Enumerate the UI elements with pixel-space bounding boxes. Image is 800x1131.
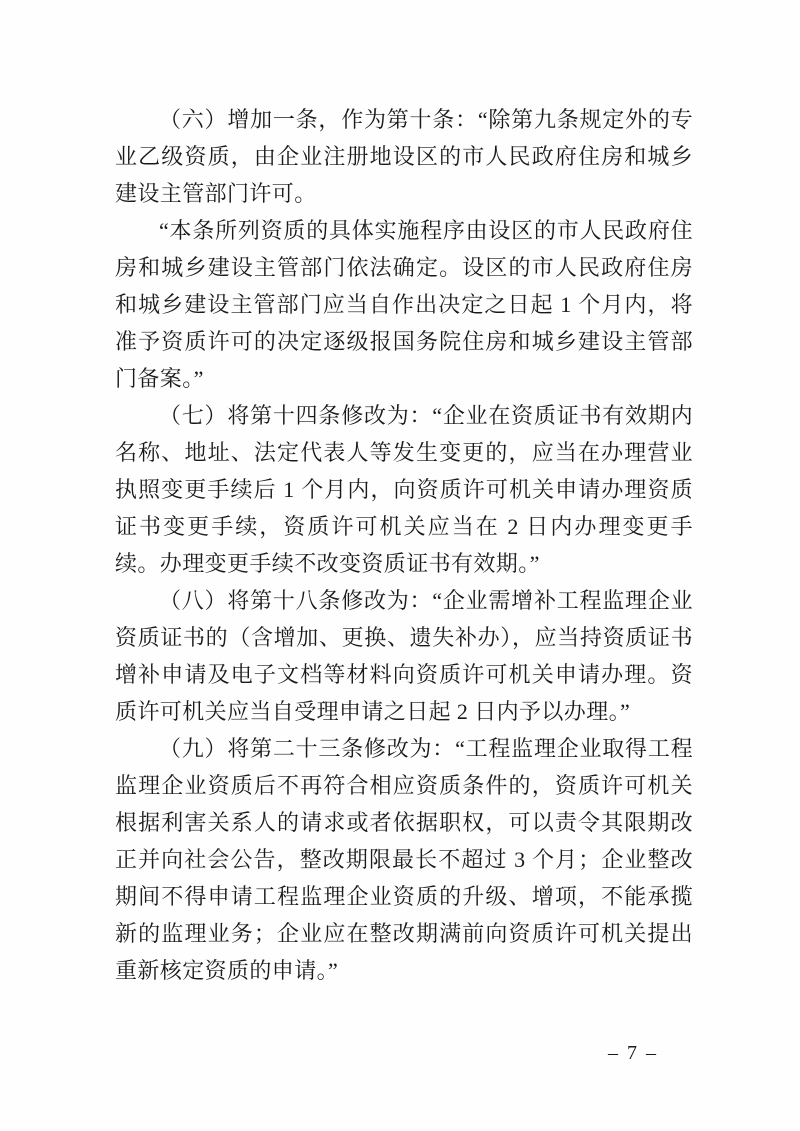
document-paragraph: “本条所列资质的具体实施程序由设区的市人民政府住房和城乡建设主管部门依法确定。设… (115, 212, 693, 397)
document-paragraph: （八）将第十八条修改为：“企业需增补工程监理企业资质证书的（含增加、更换、遗失补… (115, 582, 693, 730)
document-page: （六）增加一条，作为第十条：“除第九条规定外的专业乙级资质，由企业注册地设区的市… (0, 0, 800, 1131)
document-paragraph: （六）增加一条，作为第十条：“除第九条规定外的专业乙级资质，由企业注册地设区的市… (115, 101, 693, 212)
document-paragraph: （九）将第二十三条修改为：“工程监理企业取得工程监理企业资质后不再符合相应资质条… (115, 730, 693, 989)
page-number: – 7 – (608, 1042, 658, 1064)
document-body: （六）增加一条，作为第十条：“除第九条规定外的专业乙级资质，由企业注册地设区的市… (115, 101, 693, 989)
document-paragraph: （七）将第十四条修改为：“企业在资质证书有效期内名称、地址、法定代表人等发生变更… (115, 397, 693, 582)
